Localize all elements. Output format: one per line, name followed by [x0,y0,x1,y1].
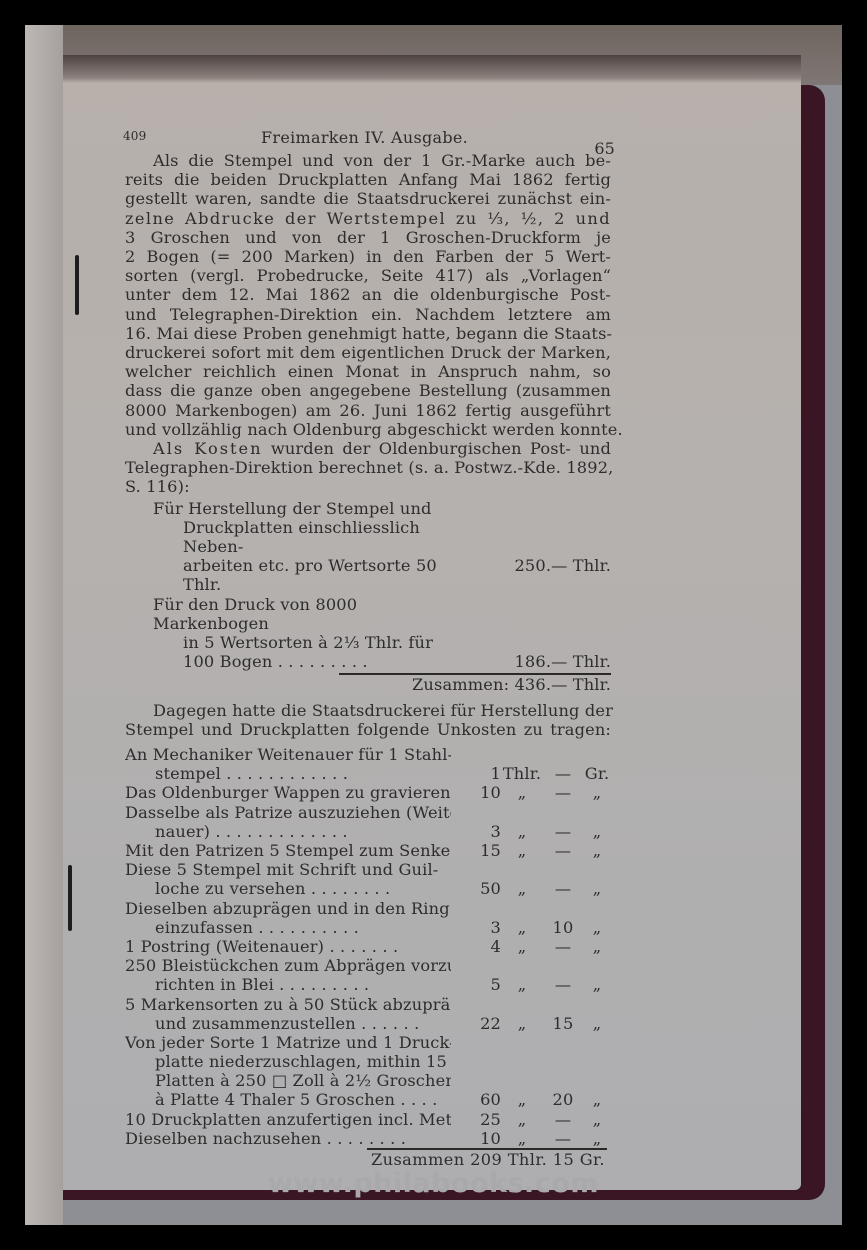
running-head-title: Freimarken IV. Ausgabe. [261,128,468,147]
table-row: arbeiten etc. pro Wertsorte 50 Thlr.250.… [125,556,611,594]
table-row: 10 Druckplatten anzufertigen incl. Metal… [125,1110,611,1129]
text-line: Stempel und Druckplatten folgende Unkost… [125,720,611,739]
text-block: 409 Freimarken IV. Ausgabe. 65 Als die S… [125,127,611,1169]
text-line: unter dem 12. Mai 1862 an die oldenburgi… [125,285,611,304]
text-line: 16. Mai diese Proben genehmigt hatte, be… [125,324,611,343]
paragraph-1: Als die Stempel und von der 1 Gr.-Marke … [125,151,611,439]
text-line: 3 Groschen und von der 1 Groschen-Druckf… [125,228,611,247]
text-line: welcher reichlich einen Monat in Anspruc… [125,362,611,381]
text-line: Dagegen hatte die Staatsdruckerei für He… [125,701,611,720]
table-row: platte niederzuschlagen, mithin 15 [125,1052,611,1071]
text-line: sorten (vergl. Probedrucke, Seite 417) a… [125,266,611,285]
text-line: 8000 Markenbogen) am 26. Juni 1862 ferti… [125,401,611,420]
table-row: Dieselben abzuprägen und in den Ring [125,899,611,918]
table-row: Dasselbe als Patrize auszuziehen (Weite- [125,803,611,822]
table-row: Dieselben nachzusehen . . . . . . . .10„… [125,1129,611,1148]
table-row: 250 Bleistückchen zum Abprägen vorzu- [125,956,611,975]
table-row: nauer) . . . . . . . . . . . . .3„—„ [125,822,611,841]
table-row: einzufassen . . . . . . . . . .3„10„ [125,918,611,937]
table-row: Diese 5 Stempel mit Schrift und Guil- [125,860,611,879]
running-header: 409 Freimarken IV. Ausgabe. 65 [125,127,611,149]
table-row: à Platte 4 Thaler 5 Groschen . . . .60„2… [125,1090,611,1109]
table-row: 1 Postring (Weitenauer) . . . . . . .4„—… [125,937,611,956]
text-line: dass die ganze oben angegebene Bestellun… [125,381,611,400]
text-line: und Telegraphen-Direktion ein. Nachdem l… [125,305,611,324]
table-row: An Mechaniker Weitenauer für 1 Stahl- [125,745,611,764]
text-line: Als Kosten wurden der Oldenburgischen Po… [125,439,611,458]
table-row: richten in Blei . . . . . . . . .5„—„ [125,975,611,994]
text-line: Als die Stempel und von der 1 Gr.-Marke … [125,151,611,170]
text-line: druckerei sofort mit dem eigentlichen Dr… [125,343,611,362]
text-line: Telegraphen-Direktion berechnet (s. a. P… [125,458,611,477]
binding-thread-mark [75,255,79,315]
table-row: in 5 Wertsorten à 2⅓ Thlr. für [125,633,611,652]
table-row: Druckplatten einschliesslich Neben- [125,518,611,556]
table-row: Von jeder Sorte 1 Matrize und 1 Druck- [125,1033,611,1052]
paragraph-3: Dagegen hatte die Staatsdruckerei für He… [125,701,611,739]
page-number: 65 [594,139,615,158]
table-row: Platten à 250 □ Zoll à 2½ Groschen [125,1071,611,1090]
text-line: 2 Bogen (= 200 Marken) in den Farben der… [125,247,611,266]
paragraph-2: Als Kosten wurden der Oldenburgischen Po… [125,439,611,497]
table-row: Das Oldenburger Wappen zu gravieren10„—„ [125,783,611,802]
table-row: stempel . . . . . . . . . . . .1Thlr.—Gr… [125,764,611,783]
text-line: und vollzählig nach Oldenburg abgeschick… [125,420,611,439]
incurred-costs-table: An Mechaniker Weitenauer für 1 Stahl- st… [125,745,611,1169]
billed-costs-table: Für Herstellung der Stempel und Druckpla… [125,499,611,695]
binding-thread-mark [68,865,72,931]
table-row: 5 Markensorten zu à 50 Stück abzuprägen [125,995,611,1014]
margin-page-number: 409 [123,127,146,146]
table-row: loche zu versehen . . . . . . . .50„—„ [125,879,611,898]
left-page-edge [25,25,63,1225]
table-row: 100 Bogen . . . . . . . . .186.— Thlr. [125,652,611,671]
text-line: zelne Abdrucke der Wertstempel zu ⅓, ½, … [125,209,611,228]
spaced-emphasis: Als Kosten [153,439,263,458]
incurred-total: Zusammen 209 Thlr. 15 Gr. [125,1150,611,1169]
photo-frame: 409 Freimarken IV. Ausgabe. 65 Als die S… [25,25,842,1225]
table-row: Für Herstellung der Stempel und [125,499,611,518]
text-line: gestellt waren, sandte die Staatsdrucker… [125,189,611,208]
watermark: www.philabooks.com [0,1168,867,1199]
text-line: S. 116): [125,477,611,496]
text-line: reits die beiden Druckplatten Anfang Mai… [125,170,611,189]
table-row: Mit den Patrizen 5 Stempel zum Senken15„… [125,841,611,860]
page-top-shadow [55,55,801,83]
table-row: Für den Druck von 8000 Markenbogen [125,595,611,633]
book-page: 409 Freimarken IV. Ausgabe. 65 Als die S… [55,55,801,1190]
billed-total: Zusammen: 436.— Thlr. [125,675,611,694]
table-row: und zusammenzustellen . . . . . .22„15„ [125,1014,611,1033]
